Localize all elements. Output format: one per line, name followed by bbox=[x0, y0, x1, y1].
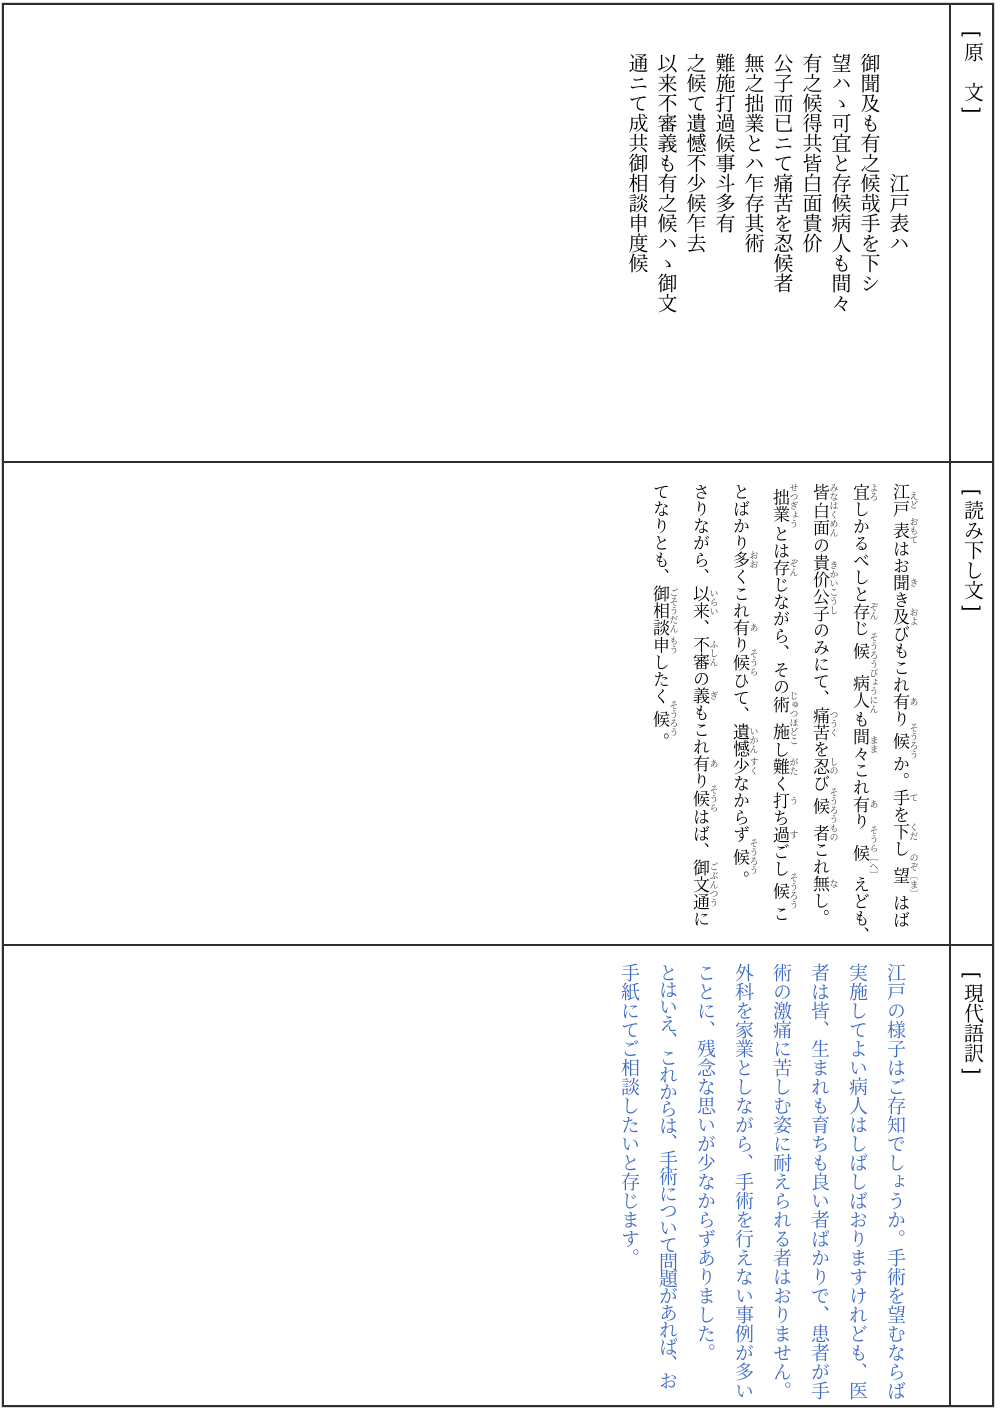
modern-translation-content: 江戸の様子はご存知でしょうか。手術を望むならば実施してよい病人はしばしばおります… bbox=[4, 946, 949, 1405]
document-page: 江戸表ハ御聞及も有之候哉手を下シ望ハゝ可宜と存候病人も間々有之候得共皆白面貴价公… bbox=[2, 3, 994, 1407]
original-label: [ 原 文 ] bbox=[962, 31, 982, 113]
text-line: 者は皆、生まれも育ちも良い者ばかりで、患者が手 bbox=[799, 963, 837, 1401]
text-line: てなりとも、御相談ごそうだん申もうしたく候そうろう。 bbox=[639, 483, 679, 944]
text-line: 公子而已ニて痛苦を忍候者 bbox=[766, 53, 795, 455]
text-line: 難施打過候事斗多有 bbox=[708, 53, 737, 455]
text-line: 江戸表ハ bbox=[882, 53, 911, 455]
text-line: 之候て遺憾不少候乍去 bbox=[679, 53, 708, 455]
text-line: 無之拙業とハ乍存其術 bbox=[737, 53, 766, 455]
text-line: 術の激痛に苦しむ姿に耐えられる者はおりません。 bbox=[761, 963, 799, 1401]
modern-translation-label: [ 現代語訳 ] bbox=[962, 972, 982, 1074]
reading-text-content: 江戸えど表おもてはお聞きき及およびもこれ有あり候そうろうか。手てを下くだし望のぞ… bbox=[4, 463, 949, 944]
text-line: 皆みな白面はくめんの貴价公子きかいこうしのみにて、痛苦つうくを忍しのび候そうろう… bbox=[799, 483, 839, 944]
modern-translation-label-cell: [ 現代語訳 ] bbox=[949, 946, 992, 1405]
original-text-content: 江戸表ハ御聞及も有之候哉手を下シ望ハゝ可宜と存候病人も間々有之候得共皆白面貴价公… bbox=[4, 5, 949, 461]
text-line: とはいえ、これからは、手術について問題があれば、お bbox=[647, 963, 685, 1401]
reading-label-cell: [ 読み下し文 ] bbox=[949, 463, 992, 944]
text-line: とばかり多おおくこれ有あり候そうらひて、遺憾いかん少すくなからず候そうろう。 bbox=[719, 483, 759, 944]
text-line: 手紙にてご相談したいと存じます。 bbox=[609, 963, 647, 1401]
panel-original-text: 江戸表ハ御聞及も有之候哉手を下シ望ハゝ可宜と存候病人も間々有之候得共皆白面貴价公… bbox=[4, 5, 992, 461]
text-line: 江戸の様子はご存知でしょうか。手術を望むならば bbox=[875, 963, 913, 1401]
reading-text-block: 江戸えど表おもてはお聞きき及およびもこれ有あり候そうろうか。手てを下くだし望のぞ… bbox=[639, 483, 919, 944]
text-line: さりながら、以来いらい、不審ふしんの義ぎもこれ有あり候そうらはば、御文通ごぶんつ… bbox=[679, 483, 719, 944]
text-line: 御聞及も有之候哉手を下シ bbox=[853, 53, 882, 455]
reading-label: [ 読み下し文 ] bbox=[962, 489, 982, 611]
text-line: 拙業せつぎょうとは存ぞんじながら、その術じゅつ施ほどこし難がたく打うち過すごし候… bbox=[759, 483, 799, 944]
original-label-cell: [ 原 文 ] bbox=[949, 5, 992, 461]
original-text-block: 江戸表ハ御聞及も有之候哉手を下シ望ハゝ可宜と存候病人も間々有之候得共皆白面貴价公… bbox=[621, 53, 911, 455]
text-line: 望ハゝ可宜と存候病人も間々 bbox=[824, 53, 853, 455]
text-line: 通ニて成共御相談申度候 bbox=[621, 53, 650, 455]
text-line: 有之候得共皆白面貴价 bbox=[795, 53, 824, 455]
text-line: 外科を家業としながら、手術を行えない事例が多い bbox=[723, 963, 761, 1401]
text-line: ことに、残念な思いが少なからずありました。 bbox=[685, 963, 723, 1401]
text-line: 江戸えど表おもてはお聞きき及およびもこれ有あり候そうろうか。手てを下くだし望のぞ… bbox=[879, 483, 919, 944]
text-line: 以来不審義も有之候ハゝ御文 bbox=[650, 53, 679, 455]
panel-modern-translation: 江戸の様子はご存知でしょうか。手術を望むならば実施してよい病人はしばしばおります… bbox=[4, 946, 992, 1405]
modern-translation-block: 江戸の様子はご存知でしょうか。手術を望むならば実施してよい病人はしばしばおります… bbox=[609, 963, 913, 1401]
text-line: 実施してよい病人はしばしばおりますけれども、医 bbox=[837, 963, 875, 1401]
panel-reading-text: 江戸えど表おもてはお聞きき及およびもこれ有あり候そうろうか。手てを下くだし望のぞ… bbox=[4, 461, 992, 946]
text-line: 宜よろしかるべしと存ぞんじ候そうろう病人びょうにんも間々ままこれ有あり候そうら〔… bbox=[839, 483, 879, 944]
